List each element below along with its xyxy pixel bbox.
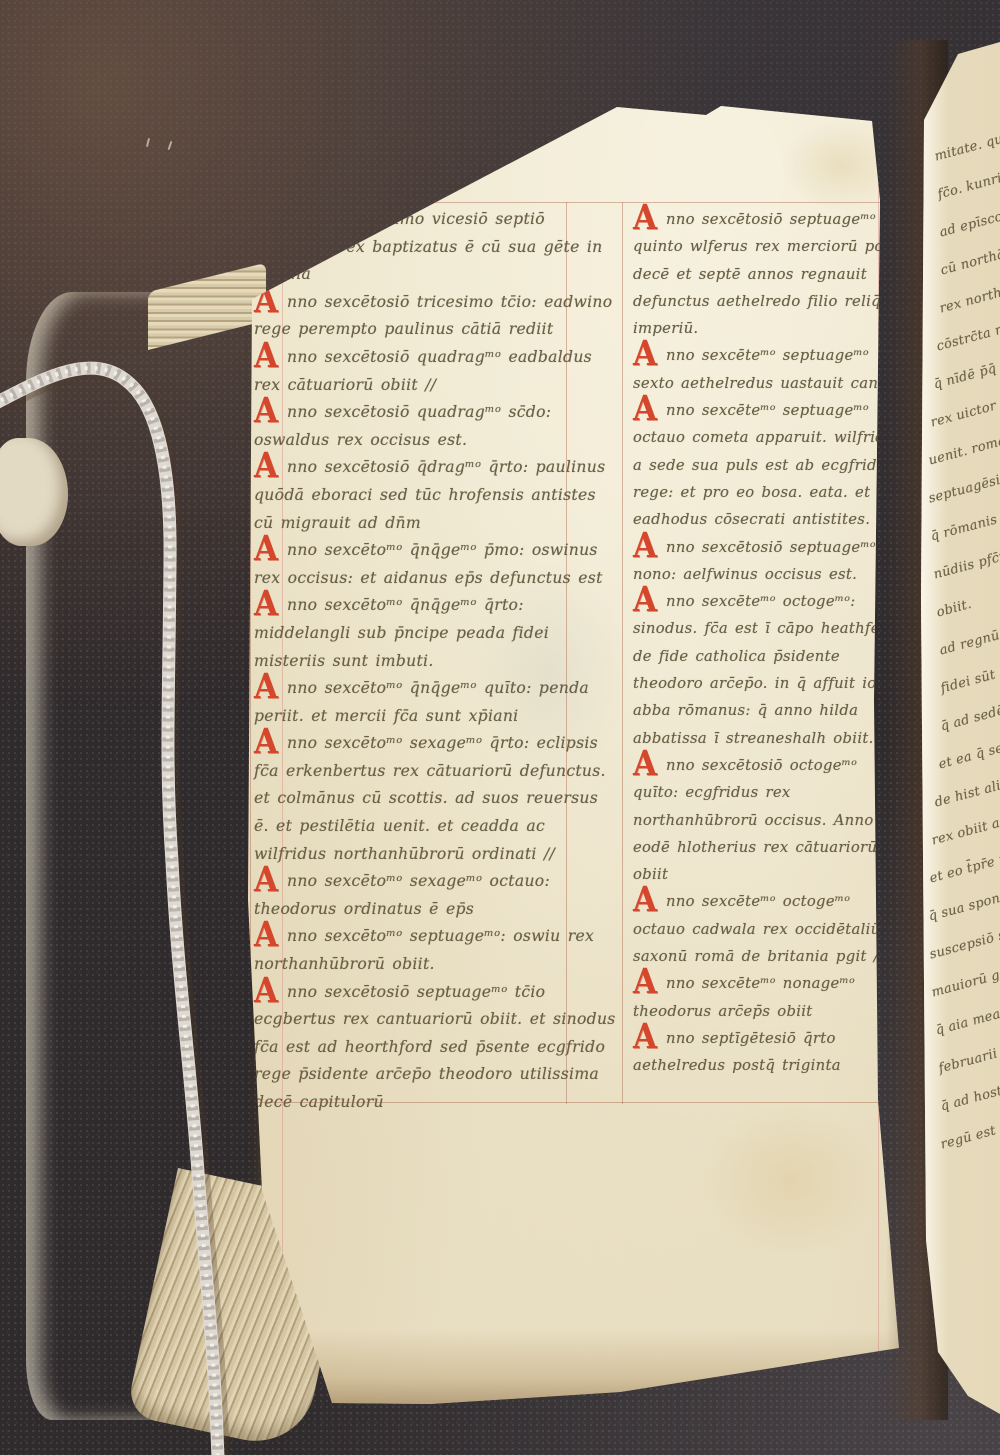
entry-text: nno sexcēteᵐᵒ octogeᵐᵒ octauo cadwala re…	[633, 893, 884, 965]
facing-page-line: regū est nouissi	[939, 1110, 1000, 1153]
rubricated-initial: A	[254, 977, 287, 1004]
rubricated-initial: A	[254, 398, 287, 425]
entry-text: nno sexcētosiō septuageᵐᵒ tc̄io ecgbertu…	[254, 983, 616, 1111]
chronicle-entry: Anno sexcētoᵐᵒ q̄nq̄geᵐᵒ quīto: penda pe…	[254, 675, 616, 730]
rubricated-initial: A	[633, 887, 666, 914]
chronicle-entry: Anno sexcēteᵐᵒ octogeᵐᵒ octauo cadwala r…	[633, 888, 909, 970]
rubricated-initial: A	[254, 867, 287, 894]
chronicle-entry: Anno sexcētosiō septuageᵐᵒ nono: aelfwin…	[633, 534, 909, 589]
entry-text: nno sexcētoᵐᵒ sexageᵐᵒ octauo: theodorus…	[254, 872, 550, 918]
chronicle-entry: Anno sexcēteᵐᵒ nonageᵐᵒ theodorus arc̄ep…	[633, 970, 909, 1025]
facing-page-line: fidei sūt q̄ anno	[939, 654, 1000, 696]
chronicle-entry: Anno septīgētesiō q̄rto aethelredus post…	[633, 1025, 909, 1080]
chronicle-entry: Anno sexcētosiō septuageᵐᵒ tc̄io ecgbert…	[254, 979, 616, 1117]
entry-text: nno sexcētosiō septuageᵐᵒ nono: aelfwinu…	[633, 539, 876, 583]
entry-text: nno sexcētoᵐᵒ sexageᵐᵒ q̄rto: eclipsis f…	[254, 734, 606, 862]
chronicle-entry: Anno sexcētosiō quadragᵐᵒ eadbaldus rex …	[254, 344, 616, 399]
entry-text: nno sexcētosiō quadragᵐᵒ sc̄do: oswaldus…	[254, 403, 551, 449]
text-column-left: Anno sexcētesimo vicesiō septiō eadwinus…	[254, 206, 616, 1117]
rubricated-initial: A	[633, 532, 666, 559]
rubricated-initial: A	[254, 729, 287, 756]
rubricated-initial: A	[633, 205, 666, 232]
entry-text: nno sexcētoᵐᵒ septuageᵐᵒ: oswiu rex nort…	[254, 927, 594, 973]
entry-text: nno sexcētosiō octogeᵐᵒ quīto: ecgfridus…	[633, 757, 877, 883]
entry-text: nno sexcētoᵐᵒ q̄nq̄geᵐᵒ q̄rto: middelang…	[254, 596, 549, 669]
chronicle-entry: Anno sexcētosiō q̄dragᵐᵒ q̄rto: paulinus…	[254, 454, 616, 537]
chronicle-entry: Anno sexcētoᵐᵒ sexageᵐᵒ q̄rto: eclipsis …	[254, 730, 616, 868]
manuscript-photo: Anno sexcētesimo vicesiō septiō eadwinus…	[0, 0, 1000, 1455]
ruling-line	[622, 202, 623, 1104]
chronicle-entry: Anno sexcēteᵐᵒ septuageᵐᵒ octauo cometa …	[633, 397, 909, 533]
rubricated-initial: A	[633, 750, 666, 777]
rubricated-initial: A	[254, 922, 287, 949]
rubricated-initial: A	[254, 674, 287, 701]
chronicle-entry: Anno sexcētosiō quadragᵐᵒ sc̄do: oswaldu…	[254, 399, 616, 454]
rubricated-initial: A	[633, 969, 666, 996]
chronicle-entry: Anno sexcētosiō octogeᵐᵒ quīto: ecgfridu…	[633, 752, 909, 888]
rubricated-initial: A	[254, 453, 287, 480]
stain	[700, 1100, 880, 1260]
rubricated-initial: A	[254, 343, 287, 370]
rubricated-initial: A	[633, 396, 666, 423]
entry-text: nno sexcētoᵐᵒ q̄nq̄geᵐᵒ p̄mo: oswinus re…	[254, 541, 603, 587]
rubricated-initial: A	[254, 591, 287, 618]
chronicle-entry: Anno sexcētosiō tricesimo tc̄io: eadwino…	[254, 289, 616, 344]
entry-text: nno sexcēteᵐᵒ septuageᵐᵒ sexto aethelred…	[633, 347, 904, 391]
rubricated-initial: A	[633, 1023, 666, 1050]
chronicle-entry: Anno sexcētosiō septuageᵐᵒ quinto wlferu…	[633, 206, 909, 342]
entry-text: nno sexcētoᵐᵒ q̄nq̄geᵐᵒ quīto: penda per…	[254, 679, 589, 725]
chronicle-entry: Anno sexcētoᵐᵒ septuageᵐᵒ: oswiu rex nor…	[254, 923, 616, 978]
chronicle-entry: Anno sexcētoᵐᵒ q̄nq̄geᵐᵒ p̄mo: oswinus r…	[254, 537, 616, 592]
entry-text: nno sexcētosiō septuageᵐᵒ quinto wlferus…	[633, 211, 908, 337]
rubricated-initial: A	[633, 341, 666, 368]
rubricated-initial: A	[633, 587, 666, 614]
chronicle-entry: Anno sexcētoᵐᵒ sexageᵐᵒ octauo: theodoru…	[254, 868, 616, 923]
entry-text: nno sexcētosiō q̄dragᵐᵒ q̄rto: paulinus …	[254, 458, 605, 531]
text-column-right: Anno sexcētosiō septuageᵐᵒ quinto wlferu…	[633, 206, 909, 1080]
entry-text: nno sexcētosiō quadragᵐᵒ eadbaldus rex c…	[254, 348, 592, 394]
rubricated-initial: A	[254, 536, 287, 563]
entry-text: nno sexcētosiō tricesimo tc̄io: eadwino …	[254, 293, 612, 339]
chronicle-entry: Anno sexcētoᵐᵒ q̄nq̄geᵐᵒ q̄rto: middelan…	[254, 592, 616, 675]
chronicle-entry: Anno sexcēteᵐᵒ octogeᵐᵒ: sinodus. fc̄a e…	[633, 588, 909, 752]
chronicle-entry: Anno sexcēteᵐᵒ septuageᵐᵒ sexto aethelre…	[633, 342, 909, 397]
entry-text: nno sexcēteᵐᵒ septuageᵐᵒ octauo cometa a…	[633, 402, 903, 528]
entry-text: nno sexcēteᵐᵒ nonageᵐᵒ theodorus arc̄ep̄…	[633, 975, 855, 1019]
entry-text: nno sexcēteᵐᵒ octogeᵐᵒ: sinodus. fc̄a es…	[633, 593, 903, 746]
